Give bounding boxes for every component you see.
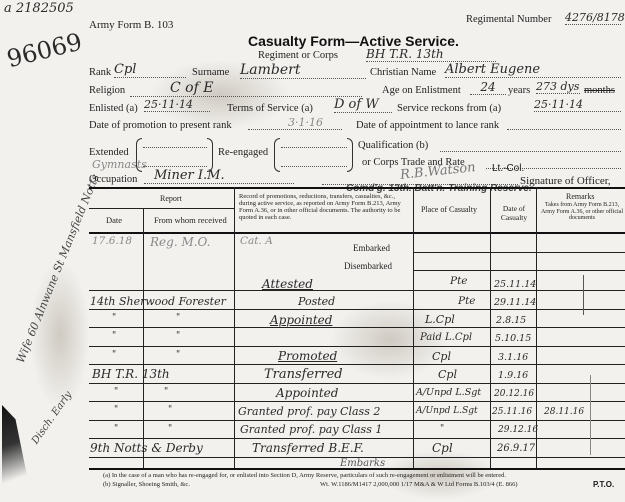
- ditto-mark: ": [176, 313, 180, 323]
- header-from-whom: From whom received: [154, 215, 227, 225]
- row-0-record: Cat. A: [240, 235, 273, 247]
- row-12-record: Transferred B.E.F.: [252, 441, 364, 455]
- reengaged-label: Re-engaged: [218, 147, 268, 158]
- reengaged-line-2: [281, 158, 347, 167]
- row-0-from: Reg. M.O.: [150, 235, 211, 249]
- rank-label: Rank: [89, 67, 111, 78]
- row-5-date-cas: 2.8.15: [496, 315, 526, 326]
- remarks-mark: [583, 275, 584, 315]
- paper-stain: [30, 260, 90, 410]
- row-3-place: Pte: [450, 275, 468, 287]
- years-label: years: [508, 85, 530, 96]
- religion-value: C of E: [130, 80, 362, 97]
- row-3-record: Attested: [262, 277, 313, 291]
- enlisted-value: 25·11·14: [144, 98, 210, 112]
- col-divider-date: [143, 208, 144, 468]
- qualification-value: [440, 139, 621, 152]
- row-8-date: BH T.R. 13th: [92, 367, 170, 381]
- header-date: Date: [106, 215, 122, 225]
- footnote-a: (a) In the case of a man who has re-enga…: [103, 472, 506, 479]
- service-reckons-label: Service reckons from (a): [397, 103, 501, 114]
- row-line: [89, 327, 625, 328]
- ditto-mark: ": [176, 350, 180, 360]
- table-header-bottom: [89, 232, 625, 234]
- age-label: Age on Enlistment: [382, 85, 461, 96]
- row-10-place: A/Unpd L.Sgt: [416, 406, 478, 416]
- row-line: [89, 309, 625, 310]
- row-8-record: Transferred: [264, 367, 343, 382]
- enlisted-label: Enlisted (a): [89, 103, 138, 114]
- row-10-date-cas: 25.11.16: [492, 407, 532, 417]
- margin-big-number: 96069: [4, 28, 85, 74]
- row-3-date: 25.11.14: [494, 279, 536, 290]
- promotion-label: Date of promotion to present rank: [89, 120, 232, 131]
- row-4-date-cas: 29.11.14: [494, 297, 536, 308]
- row-6-place: Paid L.Cpl: [420, 332, 472, 343]
- ditto-mark: ": [112, 331, 116, 341]
- age-days-value: 273 dys: [536, 80, 580, 94]
- reengaged-brace-right: [347, 138, 353, 172]
- row-12-date-cas: 26.9.17: [497, 443, 535, 454]
- christian-name-value: Albert Eugene: [445, 62, 621, 78]
- report-subheader-divider: [89, 208, 235, 209]
- promotion-value: 3·1·16: [248, 116, 342, 130]
- ditto-mark: ": [168, 424, 172, 434]
- row-6-date-cas: 5.10.15: [495, 333, 531, 344]
- ditto-mark: ": [114, 387, 118, 397]
- occupation-label: Occupation: [89, 174, 137, 185]
- ditto-mark: ": [112, 350, 116, 360]
- reengaged-brace: [274, 138, 280, 172]
- row-8-place: Cpl: [438, 368, 457, 381]
- row-line: [89, 420, 625, 421]
- service-reckons-value: 25·11·14: [534, 98, 621, 112]
- ink-smear: [2, 405, 32, 500]
- surname-label: Surname: [192, 67, 229, 78]
- extended-label: Extended: [89, 147, 129, 158]
- row-line: [413, 270, 625, 271]
- margin-top-ref: a 2182505: [4, 1, 74, 16]
- extended-brace-right: [207, 138, 213, 172]
- row-8-date-cas: 1.9.16: [498, 370, 528, 381]
- row-10-record: Granted prof. pay Class 2: [238, 405, 380, 418]
- row-12-place: Cpl: [432, 441, 453, 455]
- age-years-value: 24: [470, 80, 506, 95]
- footnote-b: (b) Signaller, Shoeing Smith, &c.: [103, 481, 190, 488]
- row-line: [89, 383, 625, 384]
- qualification-label: Qualification (b): [358, 140, 428, 151]
- header-report: Report: [160, 194, 182, 203]
- regimental-number-value: 4276/8178: [565, 11, 621, 25]
- row-5-record: Appointed: [270, 313, 332, 327]
- regimental-number-label: Regimental Number: [466, 14, 551, 25]
- pto-label: P.T.O.: [593, 480, 614, 489]
- ditto-mark: ": [114, 405, 118, 415]
- lance-rank-label: Date of appointment to lance rank: [356, 120, 499, 131]
- months-label: months: [584, 85, 615, 96]
- row-11-date-cas: 29.12.16: [498, 425, 538, 435]
- row-11-place: ": [440, 424, 444, 434]
- row-line: [89, 401, 625, 402]
- row-10-remarks: 28.11.16: [544, 407, 584, 417]
- regiment-label: Regiment or Corps: [258, 50, 338, 61]
- embarked-label: Embarked: [353, 243, 390, 253]
- christian-name-label: Christian Name: [370, 67, 436, 78]
- signature-label: Signature of Officer,: [520, 175, 611, 187]
- header-remarks-sub: Takes from Army Form B.213, Army Form A.…: [540, 202, 624, 222]
- row-4-date: 14th Sherwood Forester: [90, 295, 226, 308]
- row-line: [89, 346, 625, 347]
- row-11-record: Granted prof. pay Class 1: [240, 423, 382, 436]
- occupation-value: Miner I.M.: [144, 168, 294, 184]
- row-9-date-cas: 20.12.16: [494, 389, 534, 399]
- ditto-mark: ": [114, 424, 118, 434]
- header-record: Record of promotions, reductions, transf…: [239, 193, 411, 221]
- table-top-border: [89, 187, 625, 189]
- ditto-mark: ": [164, 387, 168, 397]
- rank-value: Cpl: [114, 62, 186, 78]
- header-remarks: Remarks: [566, 192, 594, 201]
- row-4-place: Pte: [458, 295, 476, 307]
- terms-label: Terms of Service (a): [227, 103, 313, 114]
- header-date-casualty: Date of Casualty: [492, 204, 536, 222]
- ditto-mark: ": [112, 313, 116, 323]
- row-7-date-cas: 3.1.16: [498, 352, 528, 363]
- lance-rank-value: [507, 116, 621, 130]
- surname-value: Lambert: [240, 62, 366, 79]
- row-13-record: Embarks: [340, 458, 385, 469]
- disembarked-label: Disembarked: [344, 261, 392, 271]
- remarks-mark: [590, 375, 591, 455]
- row-line: [413, 252, 625, 253]
- officer-rank: Lt.-Col.: [492, 163, 524, 174]
- reengaged-line-1: [281, 139, 347, 148]
- religion-label: Religion: [89, 85, 125, 96]
- form-id: Army Form B. 103: [89, 19, 173, 31]
- extended-line-2: [143, 158, 207, 167]
- row-7-record: Promoted: [278, 349, 337, 363]
- ditto-mark: ": [176, 331, 180, 341]
- row-line: [89, 290, 625, 291]
- row-line: [89, 364, 625, 365]
- row-line: [89, 438, 625, 439]
- row-5-place: L.Cpl: [425, 313, 455, 326]
- extended-line-1: [143, 139, 207, 148]
- regiment-value: BH T.R. 13th: [366, 47, 496, 62]
- ditto-mark: ": [168, 405, 172, 415]
- row-9-place: A/Unpd L.Sgt: [416, 387, 481, 398]
- row-7-place: Cpl: [432, 350, 451, 363]
- row-12-date: 9th Notts & Derby: [90, 441, 203, 455]
- occupation-note: Gymnasts: [92, 158, 147, 171]
- row-4-record: Posted: [298, 295, 335, 308]
- header-place: Place of Casualty: [421, 205, 477, 214]
- print-info: Wt. W.1186/M1417 2,000,000 1/17 M&A & W …: [320, 481, 518, 488]
- row-9-record: Appointed: [276, 386, 338, 400]
- row-0-date: 17.6.18: [92, 235, 132, 247]
- terms-value: D of W: [334, 97, 392, 113]
